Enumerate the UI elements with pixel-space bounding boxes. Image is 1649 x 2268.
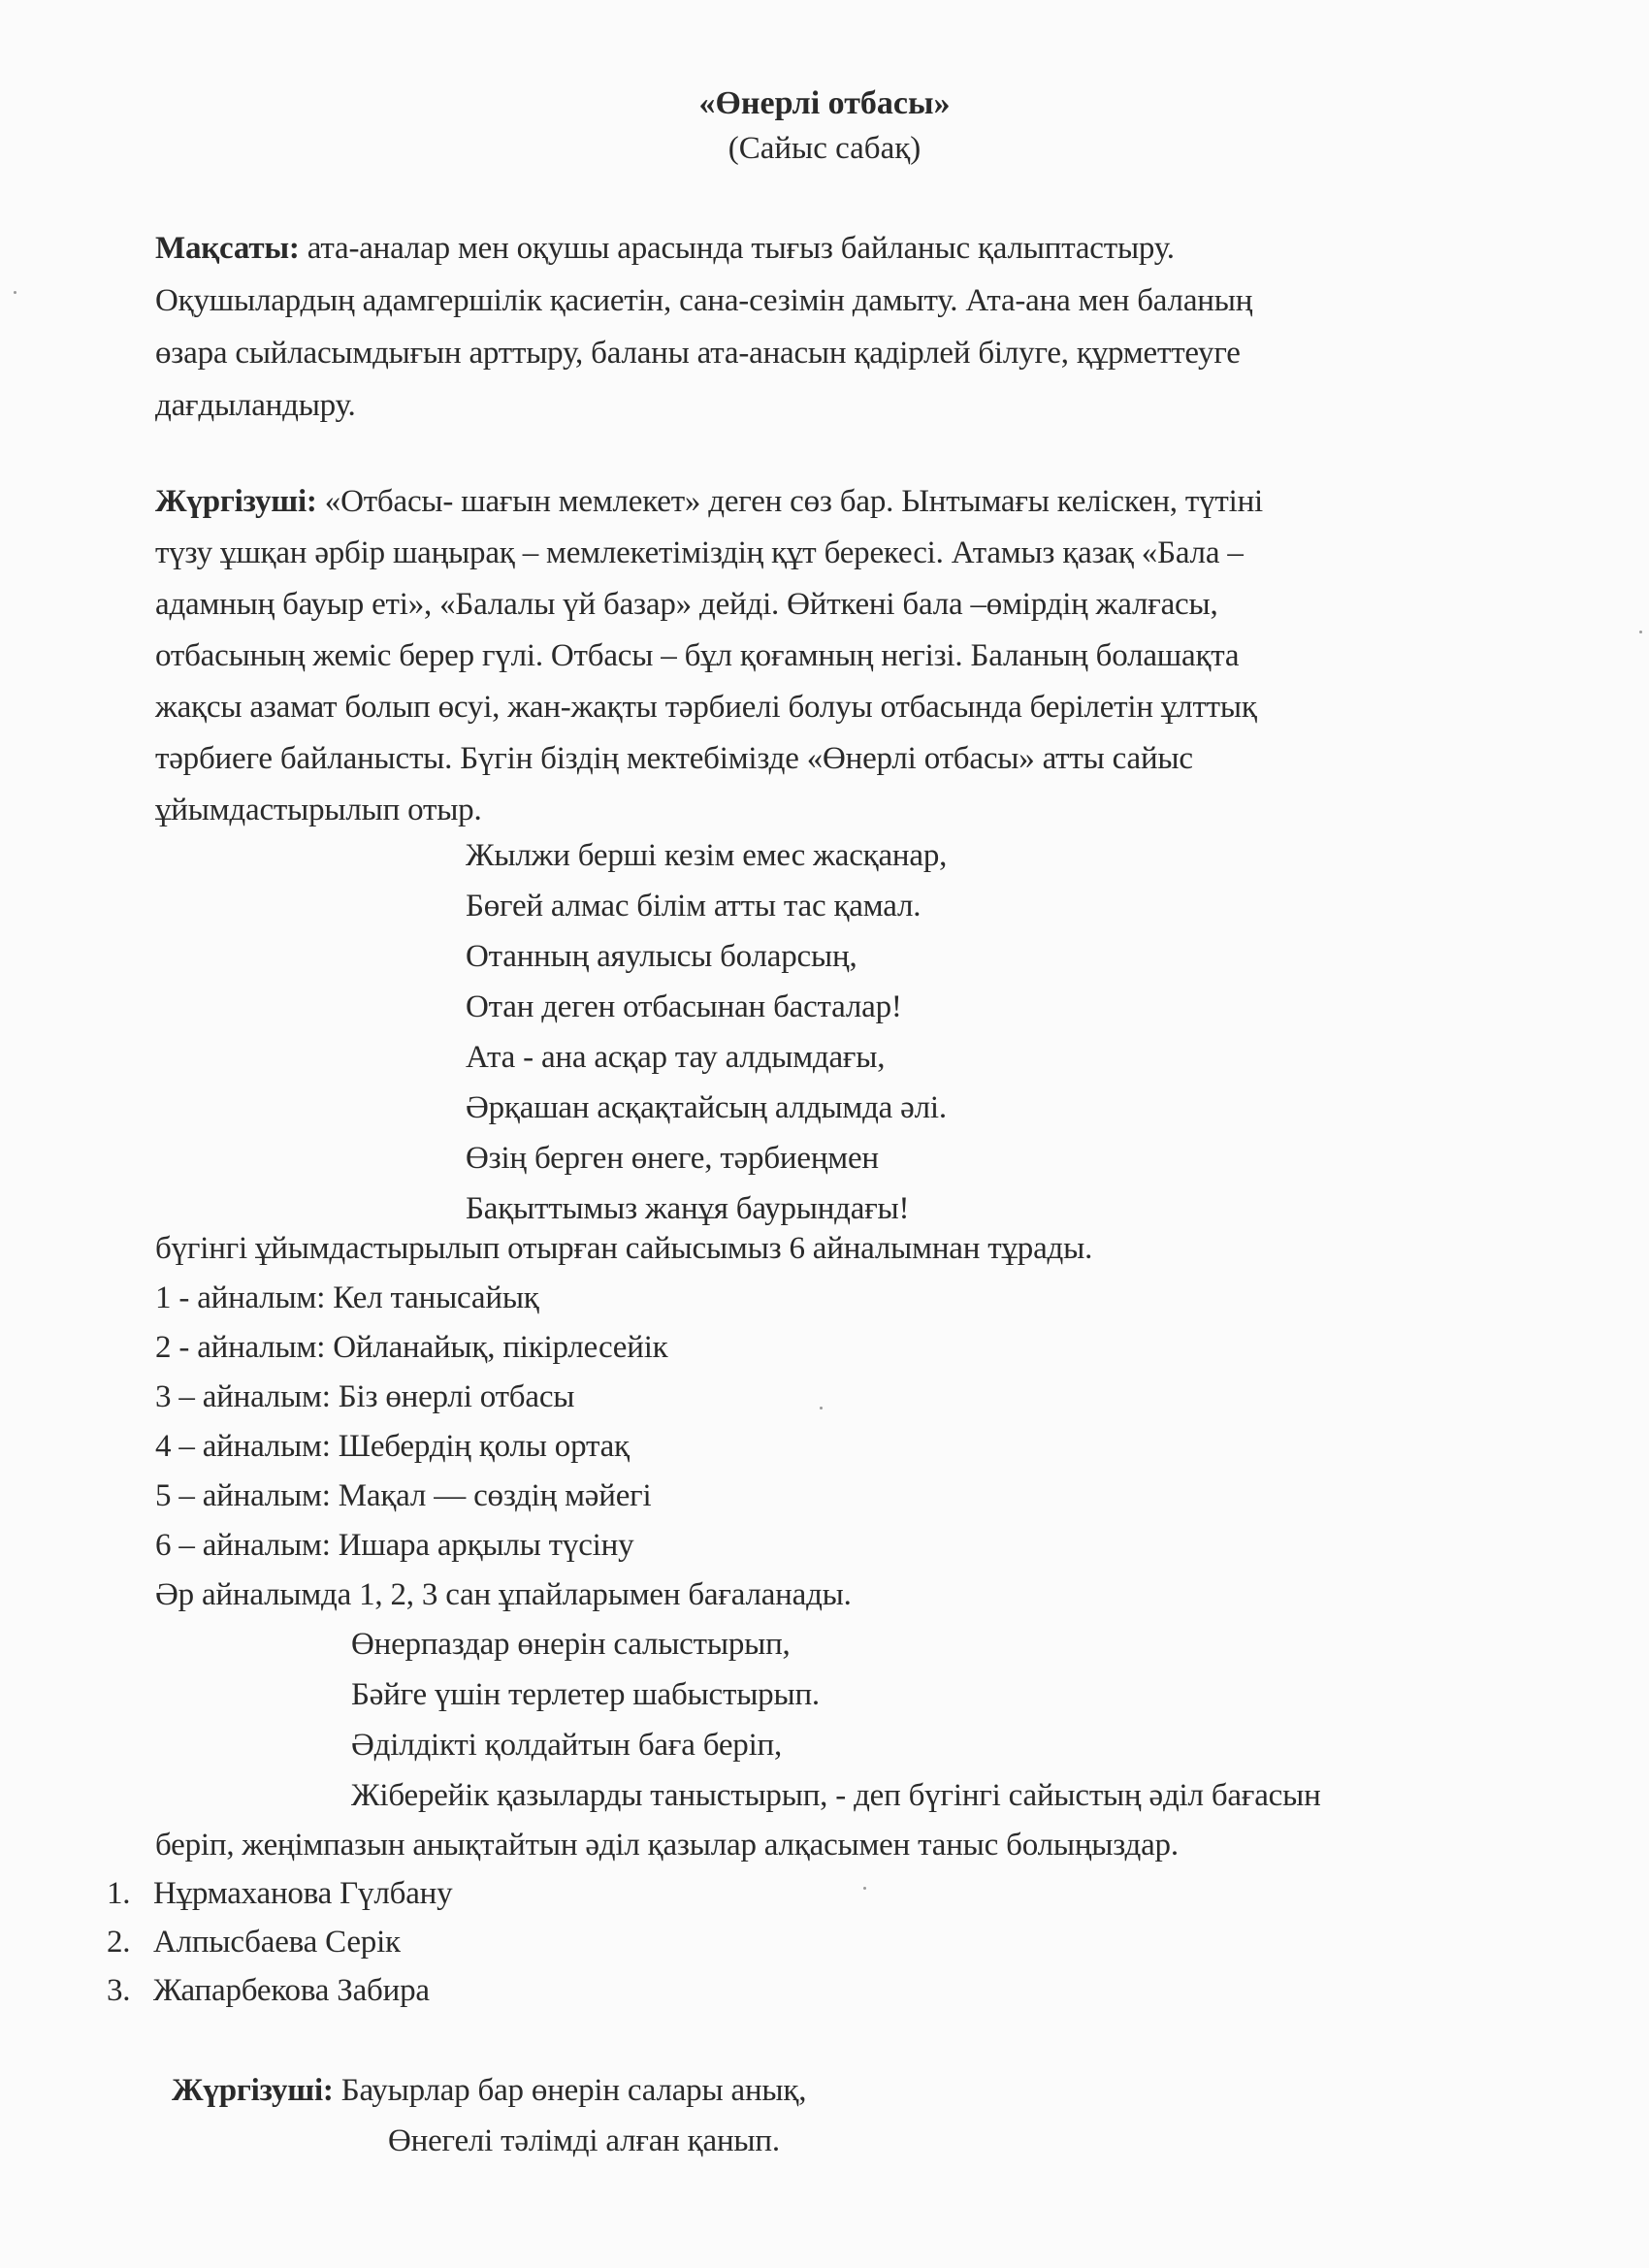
jury-item-3: 3.Жапарбекова Забира — [107, 1971, 130, 2010]
round-1: 1 - айналым: Кел танысайық — [155, 1279, 539, 1317]
scan-speck — [863, 1887, 866, 1890]
host1-label: Жүргізуші: — [155, 484, 317, 519]
document-title: «Өнерлі отбасы» — [0, 85, 1649, 122]
jury-item-2: 2.Алпысбаева Серік — [107, 1923, 130, 1961]
host1-line-5: жақсы азамат болып өсуі, жан-жақты тәрби… — [155, 688, 1257, 727]
poem1-line-7: Өзің берген өнеге, тәрбиеңмен — [466, 1139, 879, 1178]
poem2-line-4: Жіберейік қазыларды таныстырып, - деп бү… — [351, 1776, 1321, 1815]
document-subtitle: (Сайыс сабақ) — [0, 131, 1649, 167]
jury-item-1: 1.Нұрмаханова Гүлбану — [107, 1874, 130, 1913]
goal-line-1: Мақсаты: ата-аналар мен оқушы арасында т… — [155, 229, 1175, 268]
round-4: 4 – айналым: Шебердің қолы ортақ — [155, 1427, 630, 1466]
poem1-line-6: Әрқашан асқақтайсың алдымда әлі. — [466, 1088, 947, 1127]
host1-line-7: ұйымдастырылып отыр. — [155, 791, 482, 829]
round-3: 3 – айналым: Біз өнерлі отбасы — [155, 1377, 574, 1416]
scoring-text: Әр айналымда 1, 2, 3 сан ұпайларымен бағ… — [155, 1575, 852, 1614]
poem1-line-8: Бақыттымыз жанұя баурындағы! — [466, 1189, 909, 1228]
round-6: 6 – айналым: Ишара арқылы түсіну — [155, 1526, 633, 1565]
poem1-line-1: Жылжи берші кезім емес жасқанар, — [466, 836, 947, 875]
poem1-line-3: Отанның аяулысы боларсың, — [466, 937, 857, 976]
round-2: 2 - айналым: Ойланайық, пікірлесейік — [155, 1328, 668, 1367]
goal-line-2: Оқушылардың адамгершілік қасиетін, сана-… — [155, 281, 1252, 320]
rounds-intro: бүгінгі ұйымдастырылып отырған сайысымыз… — [155, 1229, 1092, 1268]
poem2-line-2: Бәйге үшін терлетер шабыстырып. — [351, 1675, 820, 1714]
host1-line-6: тәрбиеге байланысты. Бүгін біздің мектеб… — [155, 739, 1193, 778]
round-5: 5 – айналым: Мақал — сөздің мәйегі — [155, 1476, 651, 1515]
poem1-line-5: Ата - ана асқар тау алдымдағы, — [466, 1038, 885, 1077]
host2-line-1: Жүргізуші: Бауырлар бар өнерін салары ан… — [172, 2071, 806, 2110]
goal-label: Мақсаты: — [155, 231, 300, 266]
poem1-line-2: Бөгей алмас білім атты тас қамал. — [466, 887, 921, 925]
host2-label: Жүргізуші: — [172, 2073, 334, 2108]
poem1-line-4: Отан деген отбасынан басталар! — [466, 988, 902, 1026]
poem2-continuation: беріп, жеңімпазын анықтайтын әділ қазыла… — [155, 1826, 1179, 1864]
goal-line-4: дағдыландыру. — [155, 386, 356, 425]
scan-speck — [820, 1407, 823, 1409]
host1-line-2: түзу ұшқан әрбір шаңырақ – мемлекетімізд… — [155, 534, 1244, 572]
host1-line-3: адамның бауыр еті», «Балалы үй базар» де… — [155, 585, 1218, 624]
host1-line-1: Жүргізуші: «Отбасы- шағын мемлекет» деге… — [155, 482, 1263, 521]
scan-speck — [1639, 631, 1642, 633]
poem2-line-1: Өнерпаздар өнерін салыстырып, — [351, 1625, 791, 1664]
host1-line-4: отбасының жеміс берер гүлі. Отбасы – бұл… — [155, 636, 1239, 675]
scan-speck — [14, 291, 16, 294]
host2-line-2: Өнегелі тәлімді алған қанып. — [388, 2122, 780, 2160]
poem2-line-3: Әділдікті қолдайтын баға беріп, — [351, 1726, 782, 1765]
goal-line-3: өзара сыйласымдығын арттыру, баланы ата-… — [155, 334, 1241, 373]
